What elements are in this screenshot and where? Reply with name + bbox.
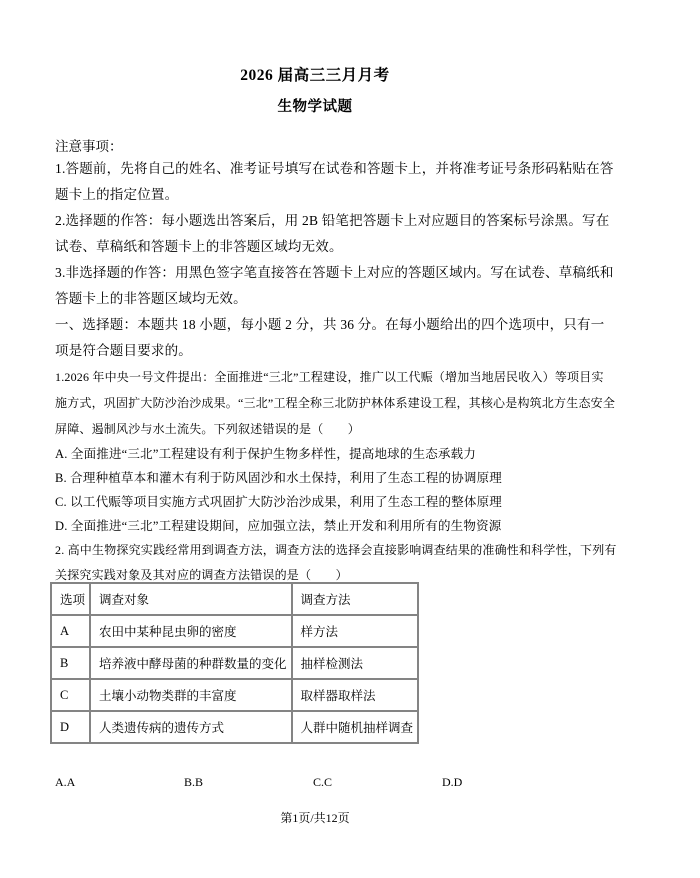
question2-answer-row: A.A B.B C.C D.D bbox=[55, 774, 575, 790]
notice-line: 答题卡上的非答题区域均无效。 bbox=[55, 286, 575, 312]
notice-line: 试卷、草稿纸和答题卡上的非答题区域均无效。 bbox=[55, 234, 575, 260]
table-cell-option: D bbox=[51, 711, 90, 743]
table-cell-option: A bbox=[51, 615, 90, 647]
table-cell-method: 抽样检测法 bbox=[292, 647, 419, 679]
table-cell-object: 农田中某种昆虫卵的密度 bbox=[90, 615, 292, 647]
table-cell-method: 人群中随机抽样调查 bbox=[292, 711, 419, 743]
notice-line: 题卡上的指定位置。 bbox=[55, 182, 575, 208]
question2-answer-d: D.D bbox=[442, 774, 571, 790]
question1-option-b: B. 合理种植草本和灌木有利于防风固沙和水土保持，利用了生态工程的协调原理 bbox=[55, 466, 575, 490]
section-heading-line: 一、选择题：本题共 18 小题，每小题 2 分，共 36 分。在每小题给出的四个… bbox=[55, 312, 575, 338]
question1-line: 施方式，巩固扩大防沙治沙成果。“三北”工程全称三北防护林体系建设工程，其核心是构… bbox=[55, 390, 575, 416]
exam-page: 2026 届高三三月月考 生物学试题 注意事项： 1.答题前，先将自己的姓名、准… bbox=[0, 0, 700, 878]
table-cell-object: 土壤小动物类群的丰富度 bbox=[90, 679, 292, 711]
exam-title: 2026 届高三三月月考 bbox=[55, 66, 575, 86]
table-row: C 土壤小动物类群的丰富度 取样器取样法 bbox=[51, 679, 418, 711]
question2-line: 关探究实践对象及其对应的调查方法错误的是（ ） bbox=[55, 563, 575, 588]
table-cell-object: 人类遗传病的遗传方式 bbox=[90, 711, 292, 743]
table-cell-option: C bbox=[51, 679, 90, 711]
question2-line: 2. 高中生物探究实践经常用到调查方法，调查方法的选择会直接影响调查结果的准确性… bbox=[55, 538, 575, 563]
question1-line: 屏障、遏制风沙与水土流失。下列叙述错误的是（ ） bbox=[55, 416, 575, 442]
table-row: D 人类遗传病的遗传方式 人群中随机抽样调查 bbox=[51, 711, 418, 743]
table-cell-method: 样方法 bbox=[292, 615, 419, 647]
notice-line: 1.答题前，先将自己的姓名、准考证号填写在试卷和答题卡上，并将准考证号条形码粘贴… bbox=[55, 156, 575, 182]
question1-option-d: D. 全面推进“三北”工程建设期间，应加强立法，禁止开发和利用所有的生物资源 bbox=[55, 514, 575, 538]
question1-option-c: C. 以工代赈等项目实施方式巩固扩大防沙治沙成果，利用了生态工程的整体原理 bbox=[55, 490, 575, 514]
table-cell-method: 取样器取样法 bbox=[292, 679, 419, 711]
page-number: 第1页/共12页 bbox=[55, 810, 575, 826]
table-cell-option: B bbox=[51, 647, 90, 679]
notice-heading: 注意事项： bbox=[55, 138, 575, 156]
section-heading-line: 项是符合题目要求的。 bbox=[55, 338, 575, 364]
notice-line: 3.非选择题的作答：用黑色签字笔直接答在答题卡上对应的答题区域内。写在试卷、草稿… bbox=[55, 260, 575, 286]
question1-line: 1.2026 年中央一号文件提出：全面推进“三北”工程建设，推广以工代赈（增加当… bbox=[55, 364, 575, 390]
question2-answer-c: C.C bbox=[313, 774, 442, 790]
table-cell-object: 培养液中酵母菌的种群数量的变化 bbox=[90, 647, 292, 679]
notice-line: 2.选择题的作答：每小题选出答案后，用 2B 铅笔把答题卡上对应题目的答案标号涂… bbox=[55, 208, 575, 234]
table-row: A 农田中某种昆虫卵的密度 样方法 bbox=[51, 615, 418, 647]
question2-answer-b: B.B bbox=[184, 774, 313, 790]
question1-option-a: A. 全面推进“三北”工程建设有利于保护生物多样性，提高地球的生态承载力 bbox=[55, 442, 575, 466]
exam-subtitle: 生物学试题 bbox=[55, 98, 575, 116]
page-content: 2026 届高三三月月考 生物学试题 注意事项： 1.答题前，先将自己的姓名、准… bbox=[0, 0, 575, 826]
question2-answer-a: A.A bbox=[55, 774, 184, 790]
table-row: B 培养液中酵母菌的种群数量的变化 抽样检测法 bbox=[51, 647, 418, 679]
survey-method-table: 选项 调查对象 调查方法 A 农田中某种昆虫卵的密度 样方法 B 培养液中酵母菌… bbox=[50, 582, 419, 744]
